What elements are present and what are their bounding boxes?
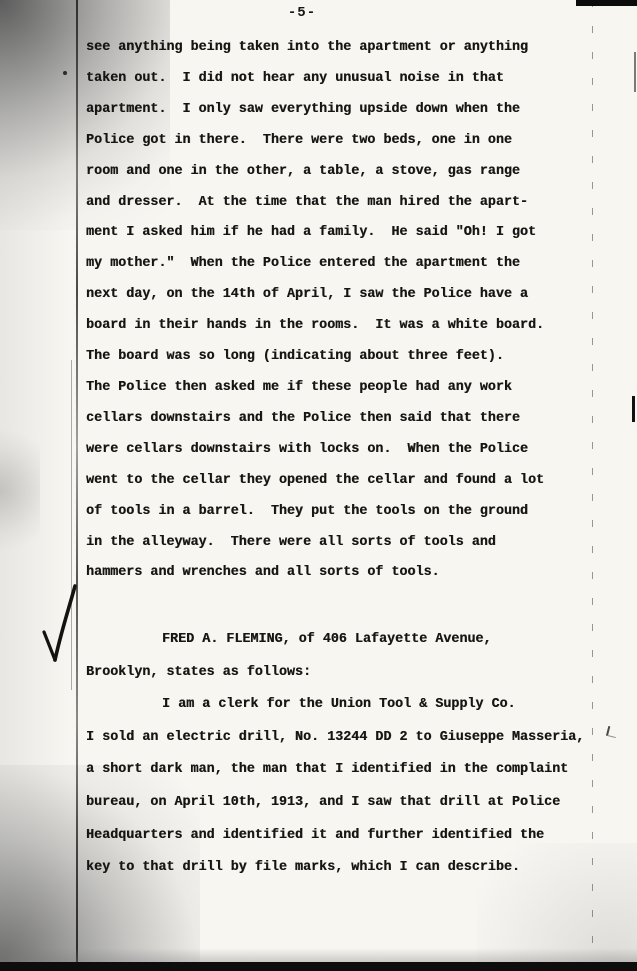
text-line: Headquarters and identified it and furth…: [86, 820, 616, 853]
scan-black-bar-bottom: [0, 962, 637, 971]
text-line: ment I asked him if he had a family. He …: [86, 218, 616, 249]
checkmark-icon: [38, 580, 84, 676]
scanned-document-page: -5- see anything being taken into the ap…: [0, 0, 637, 971]
text-line: next day, on the 14th of April, I saw th…: [86, 280, 616, 311]
text-line: were cellars downstairs with locks on. W…: [86, 435, 616, 466]
text-line: my mother." When the Police entered the …: [86, 249, 616, 280]
text-line: apartment. I only saw everything upside …: [86, 95, 616, 126]
text-line: and dresser. At the time that the man hi…: [86, 188, 616, 219]
text-line: cellars downstairs and the Police then s…: [86, 404, 616, 435]
text-line: of tools in a barrel. They put the tools…: [86, 497, 616, 528]
text-line: board in their hands in the rooms. It wa…: [86, 311, 616, 342]
ink-speck: [63, 71, 67, 75]
right-edge-mark: [632, 396, 635, 422]
text-line: in the alleyway. There were all sorts of…: [86, 528, 616, 559]
scan-black-bar-top-right: [576, 0, 637, 6]
text-line: went to the cellar they opened the cella…: [86, 466, 616, 497]
text-line: room and one in the other, a table, a st…: [86, 157, 616, 188]
text-line: Brooklyn, states as follows:: [86, 657, 616, 690]
text-line: The Police then asked me if these people…: [86, 373, 616, 404]
scan-noise-mid-left: [0, 430, 40, 550]
page-number: -5-: [272, 5, 332, 21]
text-line: see anything being taken into the apartm…: [86, 33, 616, 64]
text-line: I sold an electric drill, No. 13244 DD 2…: [86, 722, 616, 755]
text-line: bureau, on April 10th, 1913, and I saw t…: [86, 787, 616, 820]
witness-intro-line: FRED A. FLEMING, of 406 Lafayette Avenue…: [86, 624, 616, 657]
bottom-edge-shadow: [0, 948, 637, 962]
text-line: I am a clerk for the Union Tool & Supply…: [86, 689, 616, 722]
statement-paragraph-1: see anything being taken into the apartm…: [86, 33, 616, 589]
text-line: The board was so long (indicating about …: [86, 342, 616, 373]
text-line: key to that drill by file marks, which I…: [86, 852, 616, 885]
text-line: hammers and wrenches and all sorts of to…: [86, 558, 616, 589]
fold-crease-left-line: [76, 0, 78, 971]
text-line: Police got in there. There were two beds…: [86, 126, 616, 157]
right-edge-mark-upper: [634, 52, 636, 92]
statement-paragraph-2: FRED A. FLEMING, of 406 Lafayette Avenue…: [86, 624, 616, 885]
text-line: a short dark man, the man that I identif…: [86, 754, 616, 787]
text-line: taken out. I did not hear any unusual no…: [86, 64, 616, 95]
